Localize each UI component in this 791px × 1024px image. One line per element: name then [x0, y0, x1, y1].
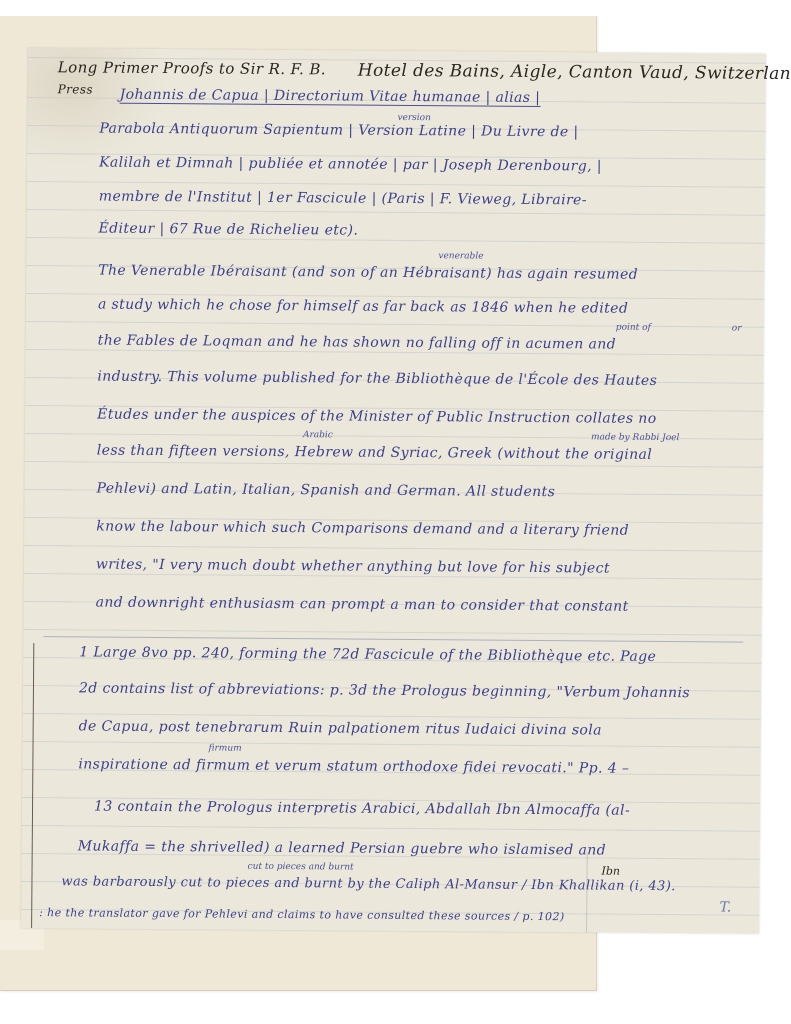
footnote-interlinear: firmum — [208, 743, 241, 753]
body-line: membre de l'Institut | 1er Fascicule | (… — [99, 189, 587, 209]
margin-bracket — [31, 643, 34, 928]
footnote-interlinear: Ibn — [602, 865, 621, 878]
footnote-line: de Capua, post tenebrarum Ruin palpation… — [79, 718, 602, 738]
body-line: industry. This volume published for the … — [97, 369, 657, 389]
body-line: Johannis de Capua | Directorium Vitae hu… — [120, 87, 541, 107]
header-left-note: Long Primer Proofs to Sir R. F. B. — [58, 58, 326, 78]
body-line: Parabola Antiquorum Sapientum | Version … — [99, 121, 578, 141]
body-line: Études under the auspices of the Ministe… — [97, 407, 657, 427]
body-line: the Fables de Loqman and he has shown no… — [98, 333, 616, 353]
footnote-line: inspiratione ad firmum et verum statum o… — [78, 756, 629, 776]
header-address: Hotel des Bains, Aigle, Canton Vaud, Swi… — [358, 61, 791, 85]
body-line: a study which he chose for himself as fa… — [98, 297, 628, 317]
footnote-line: Mukaffa = the shrivelled) a learned Pers… — [78, 838, 606, 858]
interlinear-note: venerable — [438, 251, 483, 261]
footnote-line: 2d contains list of abbreviations: p. 3d… — [79, 680, 690, 701]
body-line: The Venerable Ibéraisant (and son of an … — [98, 263, 638, 283]
interlinear-note: Arabic — [303, 430, 333, 440]
footnote-line: : he the translator gave for Pehlevi and… — [39, 906, 564, 923]
manuscript-sheet: Long Primer Proofs to Sir R. F. B. Hotel… — [21, 48, 766, 934]
body-line: and downright enthusiasm can prompt a ma… — [96, 595, 629, 615]
interlinear-note: or — [732, 324, 742, 334]
footnote-interlinear: cut to pieces and burnt — [248, 862, 354, 873]
footnote-line: 1 Large 8vo pp. 240, forming the 72d Fas… — [79, 644, 656, 665]
interlinear-note: made by Rabbi Joel — [591, 432, 679, 443]
interlinear-note: point of — [616, 323, 651, 333]
margin-note-press: Press — [58, 82, 93, 96]
body-line: Pehlevi) and Latin, Italian, Spanish and… — [96, 481, 555, 501]
stamp-mark: T. — [719, 899, 731, 915]
body-line: Kalilah et Dimnah | publiée et annotée |… — [99, 155, 602, 175]
body-line: Éditeur | 67 Rue de Richelieu etc). — [99, 221, 359, 239]
footnote-divider — [43, 636, 743, 642]
body-line: writes, "I very much doubt whether anyth… — [96, 557, 610, 577]
footnote-line: was barbarously cut to pieces and burnt … — [61, 874, 675, 894]
footnote-line: 13 contain the Prologus interpretis Arab… — [94, 799, 630, 819]
body-line: less than fifteen versions, Hebrew and S… — [97, 443, 652, 463]
body-line: know the labour which such Comparisons d… — [96, 519, 629, 539]
interlinear-note: version — [397, 113, 431, 123]
